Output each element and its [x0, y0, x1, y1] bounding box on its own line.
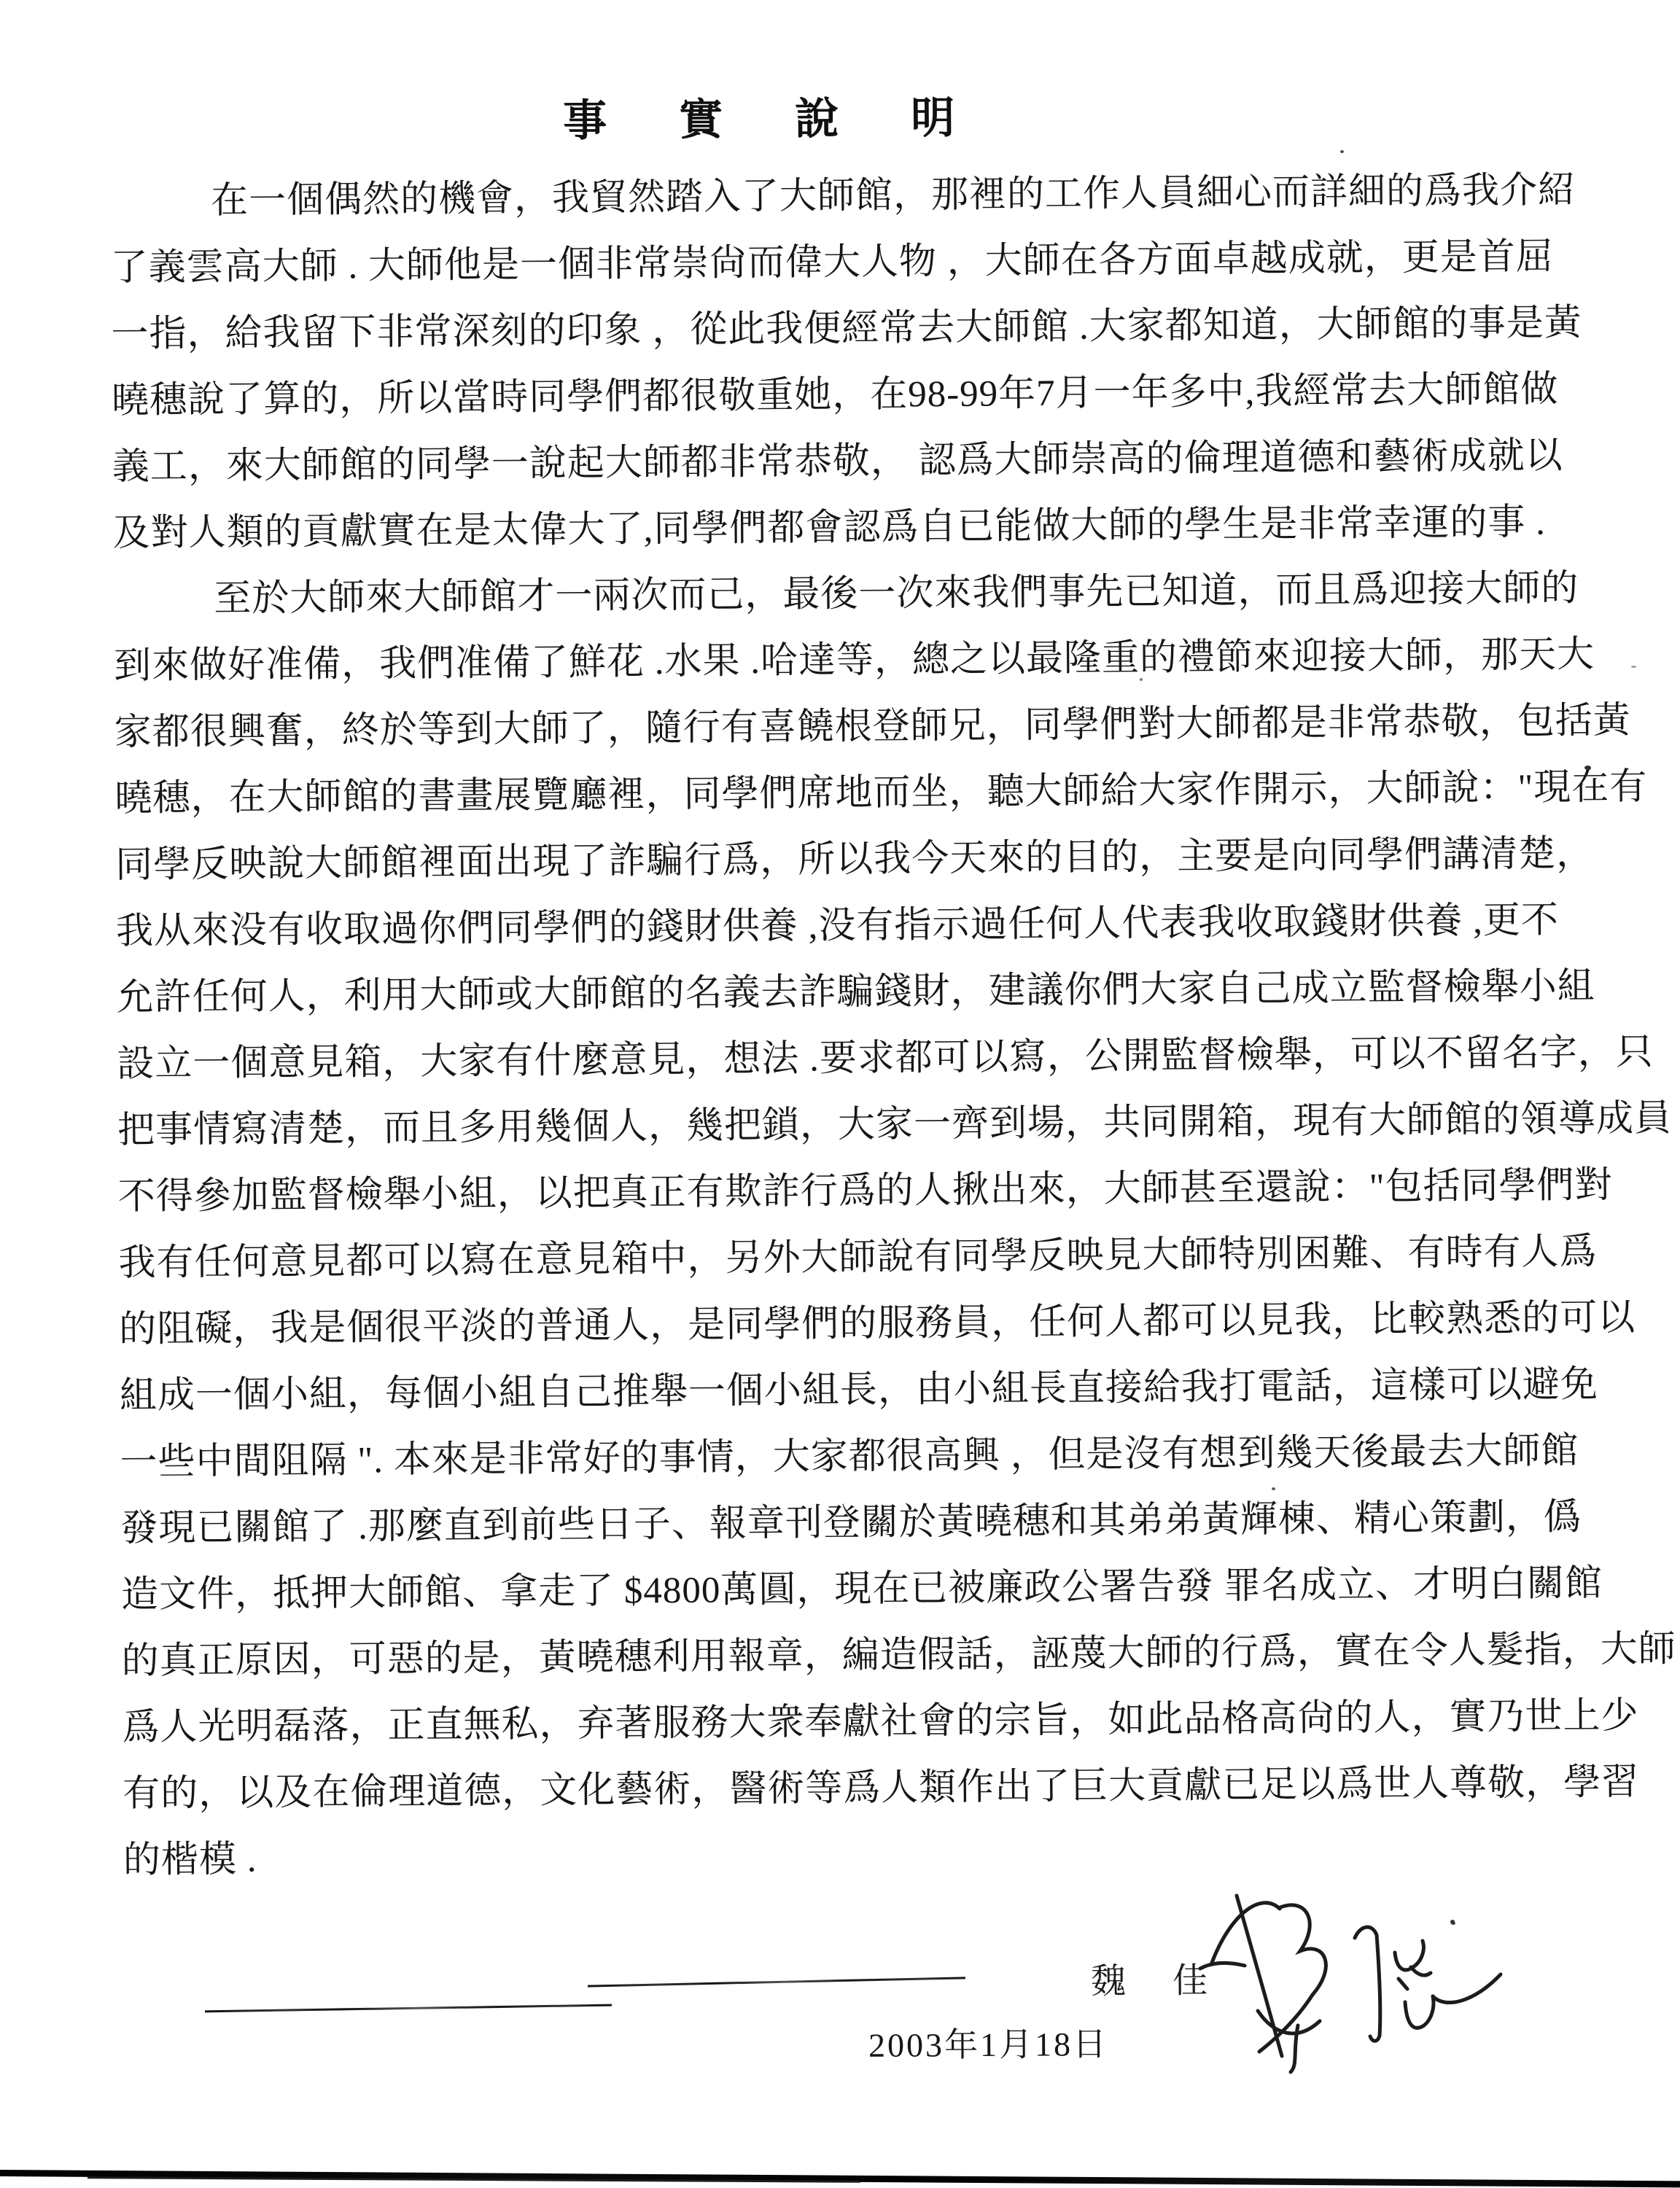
noise-speck	[1272, 1487, 1275, 1490]
text-line: 我从來没有收取過你們同學們的錢財供養 ,没有指示過任何人代表我收取錢財供養 ,更…	[116, 887, 1564, 965]
text-line: 的真正原因，可惡的是，黃曉穗利用報章，編造假話，誣蔑大師的行爲，實在令人髮指，大…	[121, 1617, 1569, 1695]
document-body: 在一個偶然的機會，我貿然踏入了大師館，那裡的工作人員細心而詳細的爲我介紹了義雲高…	[110, 157, 1571, 1894]
noise-speck	[1340, 150, 1344, 153]
text-line: 至於大師來大師館才一兩次而己，最後一次來我們事先已知道，而且爲迎接大師的	[113, 556, 1561, 634]
text-line: 同學反映說大師館裡面出現了詐騙行爲，所以我今天來的目的，主要是向同學們講清楚，	[115, 821, 1563, 899]
text-line: 不得參加監督檢舉小組，以把真正有欺詐行爲的人揪出來，大師甚至還說："包括同學們對	[117, 1153, 1566, 1231]
text-line: 曉穗，在大師館的書畫展覽廳裡，同學們席地而坐，聽大師給大家作開示，大師說："現在…	[114, 755, 1563, 833]
scanned-document-page: 事 實 說 明 在一個偶然的機會，我貿然踏入了大師館，那裡的工作人員細心而詳細的…	[0, 0, 1680, 2188]
text-line: 義工，來大師館的同學一說起大師都非常恭敬， 認爲大師崇高的倫理道德和藝術成就以	[112, 423, 1560, 501]
text-line: 組成一個小組，每個小組自己推舉一個小組長，由小組長直接給我打電話，這樣可以避免	[120, 1352, 1568, 1430]
text-line: 造文件，抵押大師館、拿走了 $4800萬圓，現在已被廉政公署告發 罪名成立、才明…	[121, 1551, 1569, 1629]
document-date: 2003年1月18日	[868, 2017, 1108, 2067]
noise-speck	[1584, 766, 1591, 770]
handwritten-signature	[1189, 1885, 1524, 2090]
signature-line	[588, 1977, 965, 1987]
text-line: 曉穗說了算的，所以當時同學們都很敬重她，在98-99年7月一年多中,我經常去大師…	[112, 357, 1560, 435]
text-line: 發現已關館了 .那麼直到前些日子、報章刊登關於黃曉穗和其弟弟黃輝棟、精心策劃，僞	[120, 1484, 1568, 1562]
text-line: 在一個偶然的機會，我貿然踏入了大師館，那裡的工作人員細心而詳細的爲我介紹	[110, 157, 1558, 235]
text-line: 有的，以及在倫理道德，文化藝術，醫術等爲人類作出了巨大貢獻已足以爲世人尊敬，學習	[122, 1750, 1571, 1828]
noise-speck	[1140, 678, 1143, 681]
text-line: 的楷模 .	[123, 1816, 1571, 1894]
noise-speck	[1451, 1922, 1455, 1925]
document-sheet: 事 實 說 明 在一個偶然的機會，我貿然踏入了大師館，那裡的工作人員細心而詳細的…	[109, 90, 1571, 1894]
text-line: 設立一個意見箱，大家有什麼意見，想法 .要求都可以寫，公開監督檢舉，可以不留名字…	[117, 1020, 1565, 1098]
signature-line-2	[205, 2004, 612, 2013]
text-line: 到來做好准備，我們准備了鮮花 .水果 .哈達等，總之以最隆重的禮節來迎接大師，那…	[114, 622, 1562, 700]
text-line: 及對人類的貢獻實在是太偉大了,同學們都會認爲自已能做大師的學生是非常幸運的事 .	[112, 489, 1560, 567]
text-line: 爲人光明磊落，正直無私，弃著服務大衆奉獻社會的宗旨，如此品格高尙的人，實乃世上少	[122, 1683, 1570, 1761]
text-line: 把事情寫清楚，而且多用幾個人，幾把鎖，大家一齊到場，共同開箱，現有大師館的領導成…	[117, 1086, 1566, 1164]
text-line: 我有任何意見都可以寫在意見箱中，另外大師說有同學反映見大師特別困難、有時有人爲	[118, 1219, 1566, 1297]
text-line: 一些中間阻隔 ". 本來是非常好的事情，大家都很高興 ，但是沒有想到幾天後最去大…	[120, 1418, 1568, 1496]
document-title: 事 實 說 明	[563, 90, 1557, 144]
text-line: 了義雲高大師 . 大師他是一個非常崇尙而偉大人物 ，大師在各方面卓越成就，更是首…	[110, 224, 1558, 302]
noise-speck	[1631, 666, 1636, 668]
text-line: 允許任何人，利用大師或大師館的名義去詐騙錢財，建議你們大家自己成立監督檢舉小組	[116, 954, 1564, 1032]
text-line: 的阻礙，我是個很平淡的普通人，是同學們的服務員，任何人都可以見我，比較熟悉的可以	[119, 1285, 1567, 1363]
text-line: 一指，給我留下非常深刻的印象 ，從此我便經常去大師館 .大家都知道，大師館的事是…	[111, 290, 1559, 368]
text-line: 家都很興奮，終於等到大師了，隨行有喜饒根登師兄，同學們對大師都是非常恭敬，包括黃	[114, 688, 1562, 766]
